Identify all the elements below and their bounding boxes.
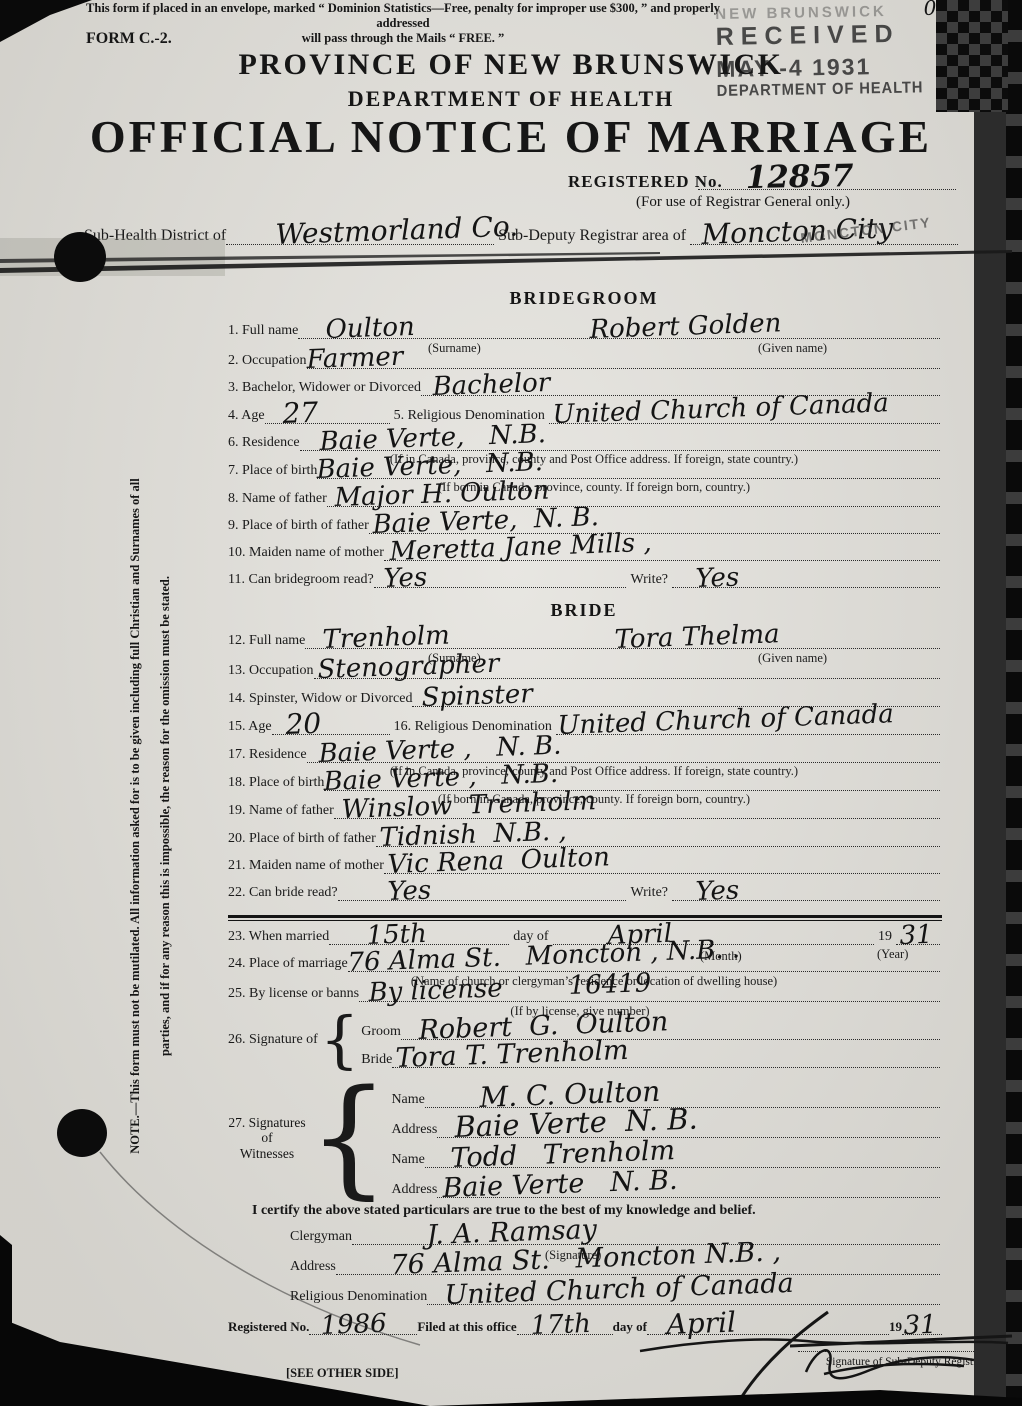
groom-occupation-label: 2. Occupation	[228, 353, 307, 369]
groom-signature-row: Groom Robert G. Oulton	[361, 1012, 940, 1040]
groom-age-label: 4. Age	[228, 408, 265, 424]
license-label: 25. By license or banns	[228, 986, 359, 1002]
bride-residence-line: Baie Verte , N. B.	[307, 747, 940, 763]
province-heading: PROVINCE OF NEW BRUNSWICK	[0, 48, 1022, 82]
bride-occupation-line: Stenographer	[314, 663, 940, 679]
bride-age-religion-row: 15. Age 20 16. Religious Denomination Un…	[228, 718, 940, 735]
witness1-name-label: Name	[391, 1092, 424, 1108]
groom-write-label: Write?	[630, 572, 668, 588]
license-value: By license 16419	[368, 970, 652, 1006]
groom-residence-line: Baie Verte, N.B.	[300, 435, 940, 451]
footer-registered-value: 1986	[320, 1311, 387, 1339]
bride-section-title: BRIDE	[228, 600, 940, 621]
bride-full-name-row: 12. Full name Trenholm Tora Thelma	[228, 632, 940, 649]
bride-full-name-label: 12. Full name	[228, 633, 305, 649]
footer-filed-line: 17th	[517, 1319, 613, 1335]
section-divider	[228, 915, 942, 921]
witness2-address-line: Baie Verte N. B.	[437, 1182, 940, 1198]
scan-edge-right	[974, 0, 1022, 1406]
bride-father-line: Winslow Trenholm	[334, 803, 940, 819]
page-title: OFFICIAL NOTICE OF MARRIAGE	[0, 110, 1022, 163]
witnesses-label: 27. Signatures of Witnesses	[228, 1115, 306, 1162]
footer-filed-label: Filed at this office	[417, 1319, 516, 1335]
groom-given-value: Robert Golden	[589, 310, 782, 343]
sub-deputy-label: Sub-Deputy Registrar area of	[498, 227, 686, 245]
groom-read-value: Yes	[383, 564, 428, 592]
clergyman-religion-line: United Church of Canada	[427, 1289, 940, 1305]
clergyman-religion-row: Religious Denomination United Church of …	[290, 1288, 940, 1305]
footer-month-value: April	[666, 1309, 736, 1339]
bride-birthplace-line: Baie Verte , N.B.	[324, 775, 940, 791]
license-line: By license 16419	[359, 986, 940, 1002]
bride-mother-row: 21. Maiden name of mother Vic Rena Oulto…	[228, 857, 940, 874]
bride-religion-line: United Church of Canada	[556, 719, 940, 735]
bride-literacy-row: 22. Can bride read? Yes Write? Yes	[228, 884, 940, 901]
bride-age-line: 20	[272, 719, 390, 735]
groom-birthplace-label: 7. Place of birth	[228, 463, 317, 479]
groom-birthplace-line: Baie Verte, N.B.	[317, 463, 940, 479]
place-of-marriage-label: 24. Place of marriage	[228, 956, 348, 972]
footer-registered-label: Registered No.	[228, 1319, 309, 1335]
witnesses-block: 27. Signatures of Witnesses { Name M. C.…	[228, 1078, 940, 1198]
scan-edge-left	[0, 1235, 12, 1406]
groom-occupation-value: Farmer	[306, 344, 404, 373]
witness2-address-row: Address Baie Verte N. B.	[391, 1168, 940, 1198]
clergyman-religion-label: Religious Denomination	[290, 1289, 427, 1305]
groom-write-line: Yes	[672, 572, 940, 588]
bride-occupation-value: Stenographer	[317, 651, 500, 683]
registrar-note: (For use of Registrar General only.)	[636, 194, 850, 211]
groom-full-name-row: 1. Full name Oulton Robert Golden	[228, 322, 940, 339]
sub-health-label: Sub-Health District of	[84, 227, 226, 245]
signature-of-label: 26. Signature of	[228, 1032, 318, 1048]
witness2-name-label: Name	[391, 1152, 424, 1168]
groom-mother-line: Meretta Jane Mills ,	[384, 545, 940, 561]
envelope-note-line2: will pass through the Mails “ FREE. ”	[78, 31, 728, 46]
bride-occupation-label: 13. Occupation	[228, 663, 314, 679]
bride-status-value: Spinster	[422, 681, 534, 711]
groom-mother-value: Meretta Jane Mills ,	[389, 530, 652, 565]
year-line: 31	[896, 929, 940, 945]
footer-year-line: 31	[902, 1319, 942, 1335]
scan-line-2	[0, 252, 660, 263]
department-heading: DEPARTMENT OF HEALTH	[0, 86, 1022, 112]
bridegroom-section-title: BRIDEGROOM	[228, 288, 940, 309]
groom-residence-row: 6. Residence Baie Verte, N.B.	[228, 434, 940, 451]
groom-write-value: Yes	[695, 564, 740, 592]
bride-write-value: Yes	[695, 877, 740, 905]
witness1-address-row: Address Baie Verte N. B.	[391, 1108, 940, 1138]
form-code: FORM C.-2.	[86, 30, 172, 48]
scanned-marriage-notice: This form if placed in an envelope, mark…	[0, 0, 1022, 1406]
scan-corner-top-right	[936, 0, 1008, 112]
hole-punch-bottom	[57, 1109, 107, 1157]
envelope-note: This form if placed in an envelope, mark…	[78, 1, 728, 46]
groom-father-label: 8. Name of father	[228, 491, 327, 507]
bride-father-birthplace-line: Tidnish N.B. ,	[376, 831, 940, 847]
groom-surname-value: Oulton	[325, 314, 415, 343]
bride-mother-line: Vic Rena Oulton	[384, 858, 940, 874]
witnesses-label-3: Witnesses	[228, 1146, 306, 1162]
footer-year-prefix: 19	[889, 1319, 902, 1335]
sub-health-line: Westmorland Co.	[226, 229, 494, 245]
clergyman-address-label: Address	[290, 1259, 336, 1275]
bride-age-label: 15. Age	[228, 719, 272, 735]
scan-line-1	[0, 250, 1012, 273]
bride-read-label: 22. Can bride read?	[228, 885, 338, 901]
groom-age-line: 27	[265, 408, 390, 424]
footer-month-line: April	[647, 1319, 889, 1335]
year-value: 31	[899, 922, 933, 949]
witnesses-brace: {	[308, 1087, 389, 1189]
groom-age-value: 27	[282, 399, 319, 428]
bride-signature-row: Bride Tora T. Trenholm	[361, 1040, 940, 1068]
side-note-line1: NOTE.—This form must not be mutilated. A…	[120, 466, 150, 1166]
groom-father-line: Major H. Oulton	[327, 491, 940, 507]
groom-read-line: Yes	[374, 572, 627, 588]
scan-edge-bottom-right	[430, 1390, 1022, 1406]
when-married-label: 23. When married	[228, 929, 329, 945]
groom-mother-label: 10. Maiden name of mother	[228, 545, 384, 561]
bride-read-line: Yes	[338, 885, 627, 901]
groom-signature-line: Robert G. Oulton	[401, 1024, 940, 1040]
groom-mother-row: 10. Maiden name of mother Meretta Jane M…	[228, 544, 940, 561]
footer-year-value: 31	[903, 1312, 937, 1339]
see-other-side: [SEE OTHER SIDE]	[286, 1366, 399, 1381]
groom-birthplace-row: 7. Place of birth Baie Verte, N.B.	[228, 462, 940, 479]
signatures-block: 26. Signature of { Groom Robert G. Oulto…	[228, 1012, 940, 1068]
registered-no-line: 12857	[698, 174, 956, 190]
bride-full-name-line: Trenholm Tora Thelma	[305, 633, 940, 649]
witness2-address-label: Address	[391, 1182, 437, 1198]
place-of-marriage-row: 24. Place of marriage 76 Alma St. Moncto…	[228, 955, 940, 972]
witnesses-label-2: of	[228, 1130, 306, 1146]
envelope-note-line1: This form if placed in an envelope, mark…	[78, 1, 728, 31]
groom-sig-label: Groom	[361, 1024, 401, 1040]
bride-father-birthplace-label: 20. Place of birth of father	[228, 831, 376, 847]
footer-registered-line: 1986	[309, 1319, 417, 1335]
groom-read-label: 11. Can bridegroom read?	[228, 572, 374, 588]
witness2-name-line: Todd Trenholm	[425, 1152, 940, 1168]
footer-day-of-label: day of	[613, 1319, 647, 1335]
bride-write-line: Yes	[672, 885, 940, 901]
year-prefix: 19	[878, 929, 892, 945]
bride-mother-label: 21. Maiden name of mother	[228, 858, 384, 874]
clergyman-address-row: Address 76 Alma St. Moncton N.B. ,	[290, 1258, 940, 1275]
footer-filed-value: 17th	[530, 1311, 591, 1339]
groom-occupation-line: Farmer	[307, 353, 940, 369]
bride-read-value: Yes	[387, 877, 432, 905]
groom-literacy-row: 11. Can bridegroom read? Yes Write? Yes	[228, 571, 940, 588]
groom-father-birthplace-line: Baie Verte, N. B.	[369, 518, 940, 534]
bride-signature-line: Tora T. Trenholm	[392, 1052, 940, 1068]
bride-father-row: 19. Name of father Winslow Trenholm	[228, 802, 940, 819]
clergyman-label: Clergyman	[290, 1229, 352, 1245]
bride-mother-value: Vic Rena Oulton	[387, 844, 610, 878]
bride-residence-row: 17. Residence Baie Verte , N. B.	[228, 746, 940, 763]
groom-residence-label: 6. Residence	[228, 435, 300, 451]
groom-father-birthplace-label: 9. Place of birth of father	[228, 518, 369, 534]
footer-row: Registered No. 1986 Filed at this office…	[228, 1318, 942, 1335]
groom-status-label: 3. Bachelor, Widower or Divorced	[228, 380, 421, 396]
witnesses-label-1: 27. Signatures	[228, 1115, 306, 1131]
sub-health-value: Westmorland Co.	[275, 213, 519, 249]
bride-signature-value: Tora T. Trenholm	[395, 1037, 629, 1072]
bride-father-label: 19. Name of father	[228, 803, 334, 819]
registered-no-value: 12857	[745, 161, 853, 194]
witness1-address-line: Baie Verte N. B.	[437, 1122, 940, 1138]
bride-residence-label: 17. Residence	[228, 747, 307, 763]
witness2-address-value: Baie Verte N. B.	[442, 1167, 678, 1202]
groom-full-name-line: Oulton Robert Golden	[298, 323, 940, 339]
bride-surname-value: Trenholm	[322, 623, 450, 653]
bride-occupation-row: 13. Occupation Stenographer	[228, 662, 940, 679]
bride-age-value: 20	[285, 710, 322, 739]
groom-full-name-label: 1. Full name	[228, 323, 298, 339]
bride-given-value: Tora Thelma	[614, 621, 780, 653]
groom-religion-line: United Church of Canada	[549, 408, 940, 424]
side-note-line2: parties, and if for any reason this is i…	[150, 466, 180, 1166]
bride-birthplace-label: 18. Place of birth	[228, 775, 324, 791]
groom-status-value: Bachelor	[432, 370, 551, 400]
bride-status-label: 14. Spinster, Widow or Divorced	[228, 691, 412, 707]
witness2-name-row: Name Todd Trenholm	[391, 1138, 940, 1168]
bride-write-label: Write?	[630, 885, 668, 901]
groom-age-religion-row: 4. Age 27 5. Religious Denomination Unit…	[228, 407, 940, 424]
signatures-brace: {	[320, 1015, 359, 1065]
license-row: 25. By license or banns By license 16419	[228, 985, 940, 1002]
groom-occupation-row: 2. Occupation Farmer	[228, 352, 940, 369]
witness1-address-label: Address	[391, 1122, 437, 1138]
